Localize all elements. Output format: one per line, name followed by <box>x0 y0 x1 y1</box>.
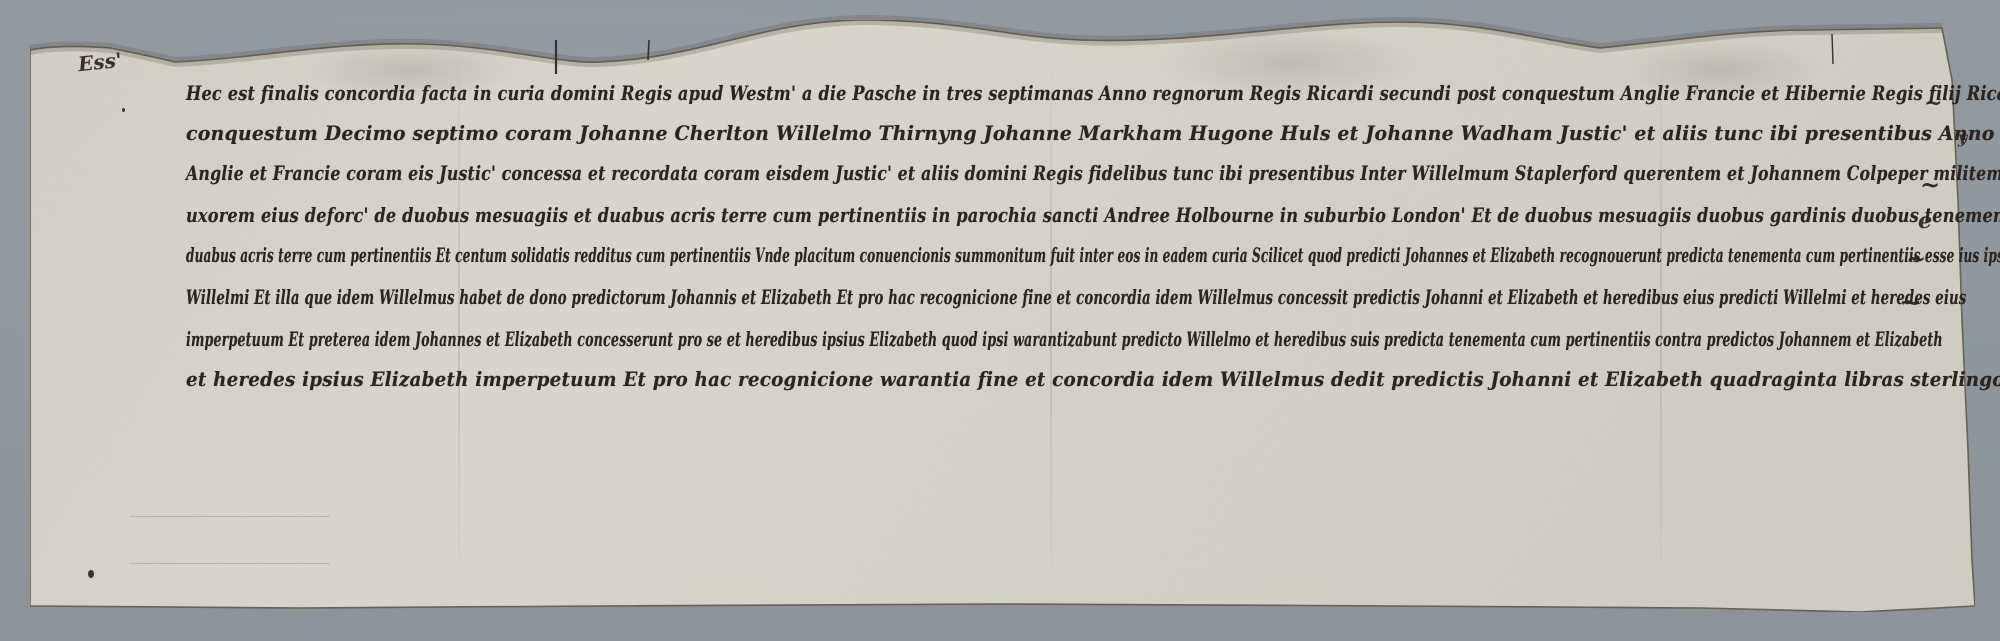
text-line-2: conquestum Decimo septimo coram Johanne … <box>186 122 2000 145</box>
ink-dot <box>88 570 94 578</box>
text-line-8: et heredes ipsius Elizabeth imperpetuum … <box>186 368 2000 391</box>
text-line-5: duabus acris terre cum pertinentiis Et c… <box>186 244 2000 267</box>
ruling-line <box>130 563 330 564</box>
margin-note-top-left: Ess' <box>77 48 123 76</box>
text-line-1: Hec est finalis concordia facta in curia… <box>186 82 2000 105</box>
ink-dot <box>122 108 125 112</box>
text-line-3: Anglie et Francie coram eis Justic' conc… <box>186 162 2000 185</box>
text-line-7: imperpetuum Et preterea idem Johannes et… <box>186 328 1943 351</box>
ruling-line <box>130 516 330 517</box>
text-line-4: uxorem eius deforc' de duobus mesuagiis … <box>186 204 2000 227</box>
text-line-6: Willelmi Et illa que idem Willelmus habe… <box>186 286 1966 309</box>
